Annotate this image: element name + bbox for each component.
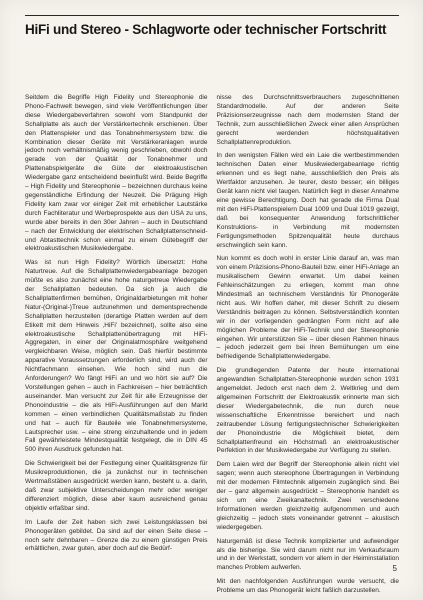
paragraph: In den wenigsten Fällen wird ein Laie di… <box>217 152 400 250</box>
paragraph: Nun kommt es doch wohl in erster Linie d… <box>217 255 400 362</box>
paragraph: Was ist nun High Fidelity? Wörtlich über… <box>25 259 208 455</box>
document-page: HiFi und Stereo - Schlagworte oder techn… <box>0 0 423 600</box>
paragraph: Seitdem die Begriffe High Fidelity und S… <box>25 94 208 254</box>
paragraph: Mit den nachfolgenden Ausführungen wurde… <box>217 578 400 596</box>
header-rule <box>25 15 399 16</box>
paragraph: Die Schwierigkeit bei der Festlegung ein… <box>25 460 208 513</box>
paragraph: Naturgemäß ist diese Technik kompliziert… <box>217 538 400 574</box>
paragraph: nisse des Durchschnittsverbrauchers zuge… <box>217 94 400 147</box>
left-column: Seitdem die Begriffe High Fidelity und S… <box>25 94 208 600</box>
right-column: nisse des Durchschnittsverbrauchers zuge… <box>217 94 400 600</box>
text-columns: Seitdem die Begriffe High Fidelity und S… <box>25 94 399 600</box>
page-number: 5 <box>393 564 397 573</box>
paragraph: Im Laufe der Zeit haben sich zwei Leistu… <box>25 519 208 555</box>
paragraph: Dem Laien wird der Begriff der Stereopho… <box>217 461 400 532</box>
page-title: HiFi und Stereo - Schlagworte oder techn… <box>25 22 405 37</box>
paragraph: Die grundlegenden Patente der heute inte… <box>217 367 400 456</box>
